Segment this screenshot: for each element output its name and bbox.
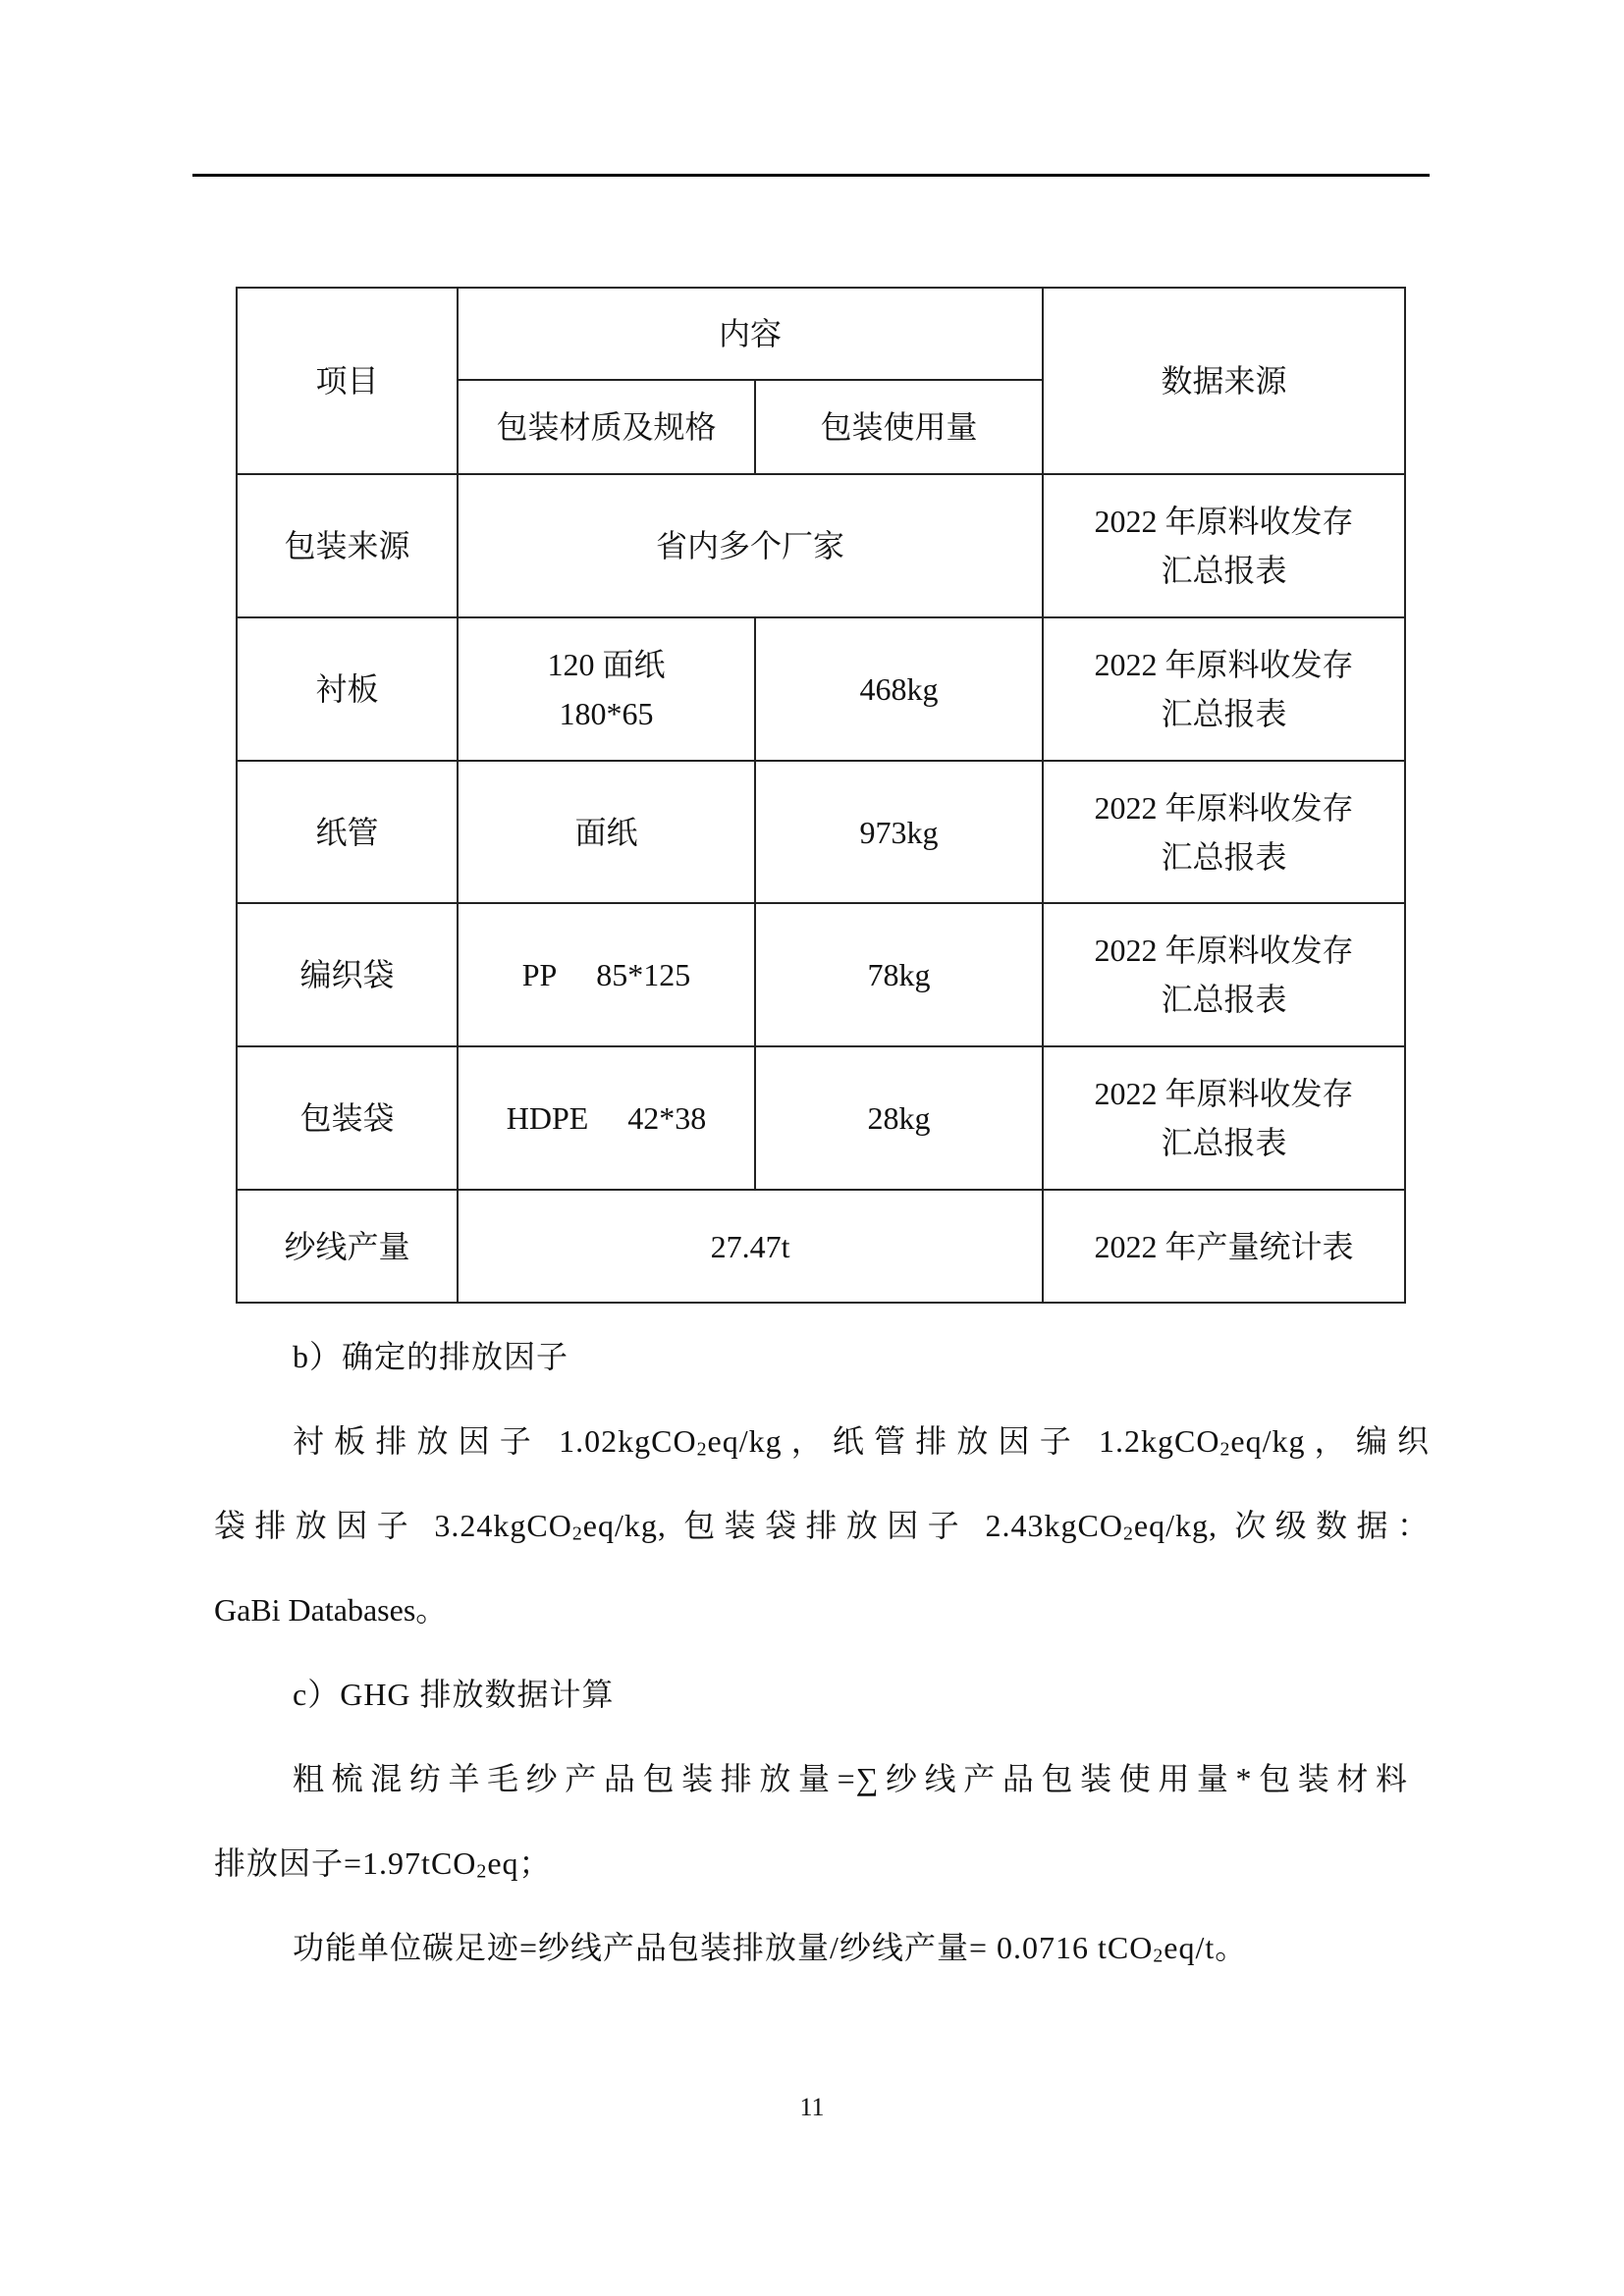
row-source: 2022 年原料收发存 汇总报表 (1043, 1046, 1405, 1190)
row-source: 2022 年产量统计表 (1043, 1190, 1405, 1303)
text-run: eq/kg, 包装袋排放因子 2.43kgCO (583, 1508, 1123, 1543)
row-usage: 468kg (755, 617, 1043, 761)
subscript: 2 (697, 1439, 708, 1461)
table-row: 纸管 面纸 973kg 2022 年原料收发存 汇总报表 (237, 761, 1405, 903)
source-line: 2022 年原料收发存 (1052, 926, 1396, 975)
source-line: 汇总报表 (1052, 689, 1396, 738)
text-run: 袋排放因子 3.24kgCO (214, 1508, 572, 1543)
section-c-heading: c）GHG 排放数据计算 (293, 1675, 615, 1714)
subscript: 2 (1219, 1439, 1230, 1461)
table-row: 衬板 120 面纸 180*65 468kg 2022 年原料收发存 汇总报表 (237, 617, 1405, 761)
row-item: 衬板 (237, 617, 458, 761)
source-line: 2022 年原料收发存 (1052, 640, 1396, 689)
source-line: 2022 年原料收发存 (1052, 497, 1396, 546)
source-line: 2022 年原料收发存 (1052, 1069, 1396, 1118)
row-usage: 28kg (755, 1046, 1043, 1190)
material-line: 120 面纸 (466, 640, 746, 689)
table-row: 编织袋 PP 85*125 78kg 2022 年原料收发存 汇总报表 (237, 903, 1405, 1046)
row-source: 2022 年原料收发存 汇总报表 (1043, 617, 1405, 761)
source-line: 2022 年原料收发存 (1052, 783, 1396, 832)
row-material-spec: 面纸 (458, 761, 755, 903)
source-line: 汇总报表 (1052, 832, 1396, 881)
row-content-merged: 省内多个厂家 (458, 474, 1043, 617)
row-item: 包装袋 (237, 1046, 458, 1190)
text-run: eq/kg，编织 (1230, 1423, 1430, 1459)
section-b-paragraph-line1: 衬板排放因子 1.02kgCO2eq/kg，纸管排放因子 1.2kgCO2eq/… (293, 1421, 1430, 1461)
table-row: 包装袋 HDPE 42*38 28kg 2022 年原料收发存 汇总报表 (237, 1046, 1405, 1190)
source-line: 汇总报表 (1052, 546, 1396, 595)
row-source: 2022 年原料收发存 汇总报表 (1043, 761, 1405, 903)
subscript: 2 (572, 1523, 583, 1545)
text-run: eq/kg，纸管排放因子 1.2kgCO (708, 1423, 1220, 1459)
page-header-rule (192, 174, 1430, 177)
row-usage: 78kg (755, 903, 1043, 1046)
header-usage: 包装使用量 (755, 380, 1043, 474)
text-run: eq/kg, 次级数据： (1134, 1508, 1430, 1543)
row-source: 2022 年原料收发存 汇总报表 (1043, 474, 1405, 617)
section-b-paragraph-line2: 袋排放因子 3.24kgCO2eq/kg, 包装袋排放因子 2.43kgCO2e… (214, 1506, 1430, 1545)
source-line: 汇总报表 (1052, 975, 1396, 1024)
text-run: eq/t。 (1164, 1930, 1247, 1965)
source-line: 汇总报表 (1052, 1118, 1396, 1167)
row-material-spec: HDPE 42*38 (458, 1046, 755, 1190)
row-item: 纱线产量 (237, 1190, 458, 1303)
section-c-paragraph-line3: 功能单位碳足迹=纱线产品包装排放量/纱线产量= 0.0716 tCO2eq/t。 (293, 1928, 1247, 1967)
row-item: 编织袋 (237, 903, 458, 1046)
text-run: 排放因子=1.97tCO (214, 1845, 476, 1881)
section-c-paragraph-line2: 排放因子=1.97tCO2eq； (214, 1843, 552, 1883)
text-run: 功能单位碳足迹=纱线产品包装排放量/纱线产量= 0.0716 tCO (293, 1930, 1153, 1965)
row-material-spec: PP 85*125 (458, 903, 755, 1046)
header-item: 项目 (237, 288, 458, 474)
subscript: 2 (476, 1861, 487, 1883)
page-number: 11 (0, 2093, 1624, 2122)
packaging-data-table: 项目 内容 数据来源 包装材质及规格 包装使用量 包装来源 省内多个厂家 202… (236, 287, 1406, 1304)
header-content: 内容 (458, 288, 1043, 380)
table-row: 纱线产量 27.47t 2022 年产量统计表 (237, 1190, 1405, 1303)
section-b-heading: b）确定的排放因子 (293, 1337, 568, 1376)
row-usage: 973kg (755, 761, 1043, 903)
row-item: 包装来源 (237, 474, 458, 617)
section-c-paragraph-line1: 粗梳混纺羊毛纱产品包装排放量=∑纱线产品包装使用量*包装材料 (293, 1759, 1408, 1798)
text-run: 衬板排放因子 1.02kgCO (293, 1423, 697, 1459)
text-run: eq； (487, 1845, 551, 1881)
row-material-spec: 120 面纸 180*65 (458, 617, 755, 761)
material-line: 180*65 (466, 689, 746, 738)
header-material-spec: 包装材质及规格 (458, 380, 755, 474)
header-source: 数据来源 (1043, 288, 1405, 474)
row-content-merged: 27.47t (458, 1190, 1043, 1303)
subscript: 2 (1123, 1523, 1134, 1545)
row-item: 纸管 (237, 761, 458, 903)
section-b-paragraph-line3: GaBi Databases。 (214, 1590, 447, 1629)
subscript: 2 (1153, 1946, 1164, 1967)
row-source: 2022 年原料收发存 汇总报表 (1043, 903, 1405, 1046)
table-row: 包装来源 省内多个厂家 2022 年原料收发存 汇总报表 (237, 474, 1405, 617)
